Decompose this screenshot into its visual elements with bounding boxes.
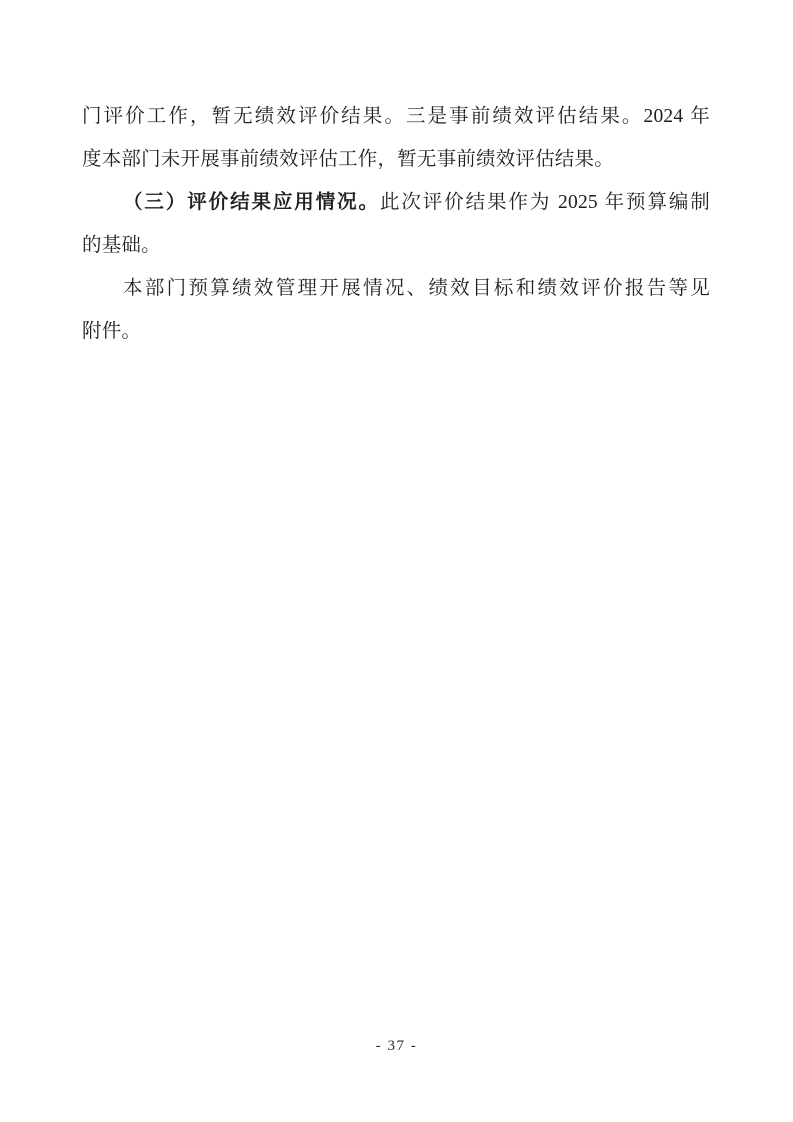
page-number: - 37 - xyxy=(0,1036,793,1056)
paragraph-1-line-1: 门评价工作，暂无绩效评价结果。三是事前绩效评估结果。2024 年 xyxy=(82,95,710,138)
paragraph-3-line-1: 本部门预算绩效管理开展情况、绩效目标和绩效评价报告等见 xyxy=(82,267,710,310)
paragraph-2-line-1: （三）评价结果应用情况。此次评价结果作为 2025 年预算编制 xyxy=(82,181,710,224)
document-page: 门评价工作，暂无绩效评价结果。三是事前绩效评估结果。2024 年 度本部门未开展… xyxy=(0,0,793,1122)
document-body: 门评价工作，暂无绩效评价结果。三是事前绩效评估结果。2024 年 度本部门未开展… xyxy=(82,95,710,353)
paragraph-1-line-2: 度本部门未开展事前绩效评估工作，暂无事前绩效评估结果。 xyxy=(82,138,710,181)
paragraph-2-line-1-rest: 此次评价结果作为 2025 年预算编制 xyxy=(380,192,710,213)
paragraph-3-line-2: 附件。 xyxy=(82,310,710,353)
paragraph-2-heading: （三）评价结果应用情况。 xyxy=(123,192,380,213)
paragraph-2-line-2: 的基础。 xyxy=(82,224,710,267)
